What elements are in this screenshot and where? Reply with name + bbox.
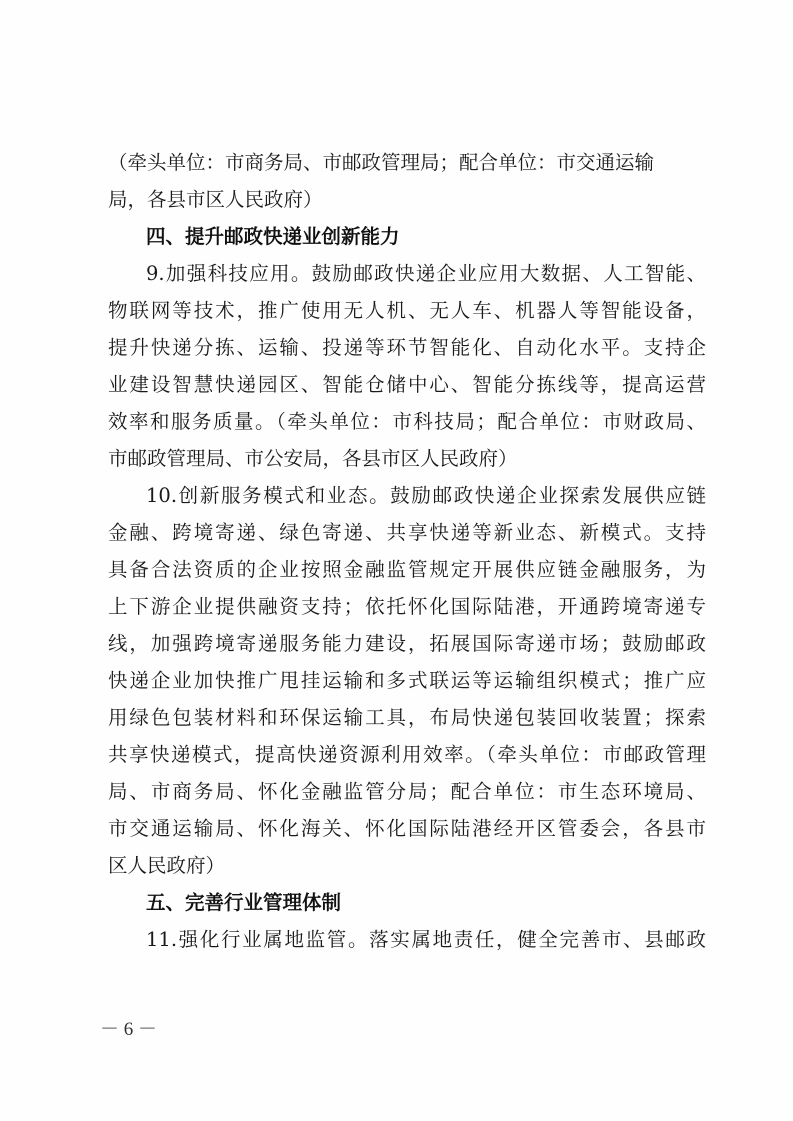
page-number: － 6 － <box>100 1018 157 1042</box>
text-line: 提升快递分拣、运输、投递等环节智能化、自动化水平。支持企 <box>108 333 706 363</box>
text-line: 市邮政管理局、市公安局，各县市区人民政府） <box>108 444 706 474</box>
text-line: 金融、跨境寄递、绿色寄递、共享快递等新业态、新模式。支持 <box>108 518 706 548</box>
paragraph-10-start: 10.创新服务模式和业态。鼓励邮政快递企业探索发展供应链 <box>146 481 706 511</box>
paragraph-11-start: 11.强化行业属地监管。落实属地责任，健全完善市、县邮政 <box>146 925 706 955</box>
text-line: 效率和服务质量。（牵头单位：市科技局；配合单位：市财政局、 <box>108 407 706 437</box>
paragraph-9-start: 9.加强科技应用。鼓励邮政快递企业应用大数据、人工智能、 <box>146 259 706 289</box>
text-line: 区人民政府） <box>108 851 706 881</box>
section-heading-4: 四、提升邮政快递业创新能力 <box>146 222 400 252</box>
text-line: 共享快递模式，提高快递资源利用效率。（牵头单位：市邮政管理 <box>108 740 706 770</box>
text-line: 市交通运输局、怀化海关、怀化国际陆港经开区管委会，各县市 <box>108 814 706 844</box>
section-heading-5: 五、完善行业管理体制 <box>146 888 341 918</box>
text-line: 物联网等技术，推广使用无人机、无人车、机器人等智能设备， <box>108 296 706 326</box>
text-line: （牵头单位：市商务局、市邮政管理局；配合单位：市交通运输 <box>108 148 706 178</box>
document-page: （牵头单位：市商务局、市邮政管理局；配合单位：市交通运输 局，各县市区人民政府）… <box>0 0 793 1121</box>
text-line: 用绿色包装材料和环保运输工具，布局快递包装回收装置；探索 <box>108 703 706 733</box>
text-line: 局，各县市区人民政府） <box>108 185 706 215</box>
text-line: 业建设智慧快递园区、智能仓储中心、智能分拣线等，提高运营 <box>108 370 706 400</box>
text-line: 快递企业加快推广甩挂运输和多式联运等运输组织模式；推广应 <box>108 666 706 696</box>
text-line: 上下游企业提供融资支持；依托怀化国际陆港，开通跨境寄递专 <box>108 592 706 622</box>
text-line: 线，加强跨境寄递服务能力建设，拓展国际寄递市场；鼓励邮政 <box>108 629 706 659</box>
text-line: 局、市商务局、怀化金融监管分局；配合单位：市生态环境局、 <box>108 777 706 807</box>
text-line: 具备合法资质的企业按照金融监管规定开展供应链金融服务，为 <box>108 555 706 585</box>
